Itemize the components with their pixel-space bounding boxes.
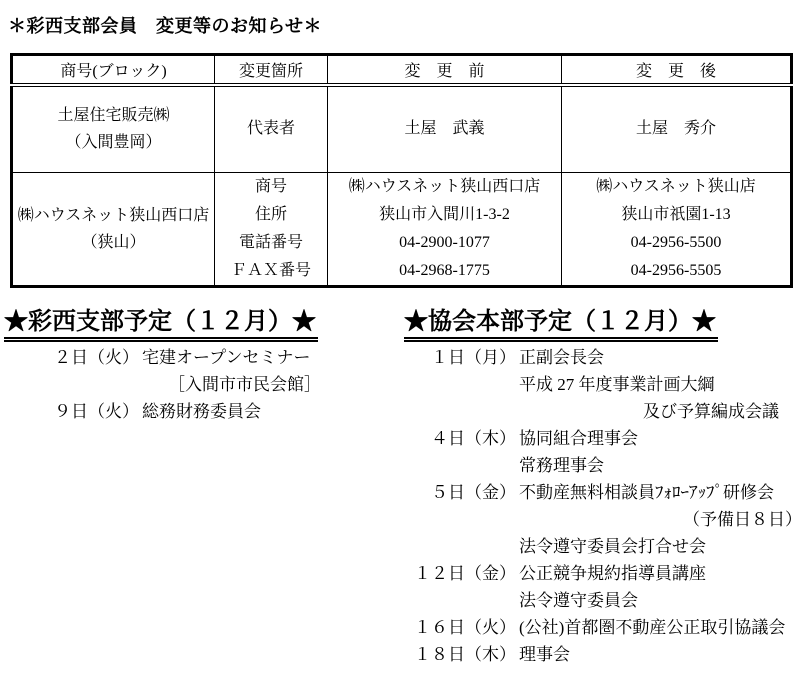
company-block: （狭山） [13, 229, 214, 256]
hq-schedule-title: ★協会本部予定（１２月）★ [404, 301, 718, 342]
schedule-line-continuation: 常務理事会 [405, 452, 800, 479]
schedule-day: １日 [405, 344, 465, 371]
schedule-event: 理事会 [519, 645, 570, 664]
table-row: 土屋住宅販売㈱ （入間豊岡） 代表者 土屋 武義 土屋 秀介 [12, 85, 792, 173]
before-value: 04-2900-1077 [328, 229, 561, 257]
schedule-line: １６日（火）(公社)首都圏不動産公正取引協議会 [405, 614, 800, 641]
schedule-weekday: （金） [465, 479, 519, 506]
schedule-weekday: （火） [88, 344, 142, 371]
after-value: 04-2956-5500 [562, 229, 790, 257]
after-value: 狭山市祇園1-13 [562, 201, 790, 229]
schedule-day: １２日 [405, 560, 465, 587]
schedule-line: ４日（木）協同組合理事会 [405, 425, 800, 452]
changed-item: ＦＡＸ番号 [215, 257, 327, 285]
before-value: 土屋 武義 [328, 119, 561, 139]
changed-item-cell: 商号 住所 電話番号 ＦＡＸ番号 [215, 173, 328, 287]
hq-schedule-list: １日（月）正副会長会 平成 27 年度事業計画大綱 及び予算編成会議 ４日（木）… [405, 344, 800, 668]
schedule-line: １２日（金）公正競争規約指導員講座 [405, 560, 800, 587]
after-value: ㈱ハウスネット狭山店 [562, 173, 790, 201]
column-header-after: 変 更 後 [562, 55, 792, 85]
schedule-event: (公社)首都圏不動産公正取引協議会 [519, 618, 785, 637]
schedule-event: 公正競争規約指導員講座 [519, 564, 706, 583]
table-row: ㈱ハウスネット狭山西口店 （狭山） 商号 住所 電話番号 ＦＡＸ番号 ㈱ハウスネ… [12, 173, 792, 287]
schedule-event: 不動産無料相談員ﾌｫﾛｰｱｯﾌﾟ研修会 [519, 483, 774, 502]
schedule-event: 総務財務委員会 [142, 402, 261, 421]
changed-item: 代表者 [215, 119, 327, 139]
before-cell: ㈱ハウスネット狭山西口店 狭山市入間川1-3-2 04-2900-1077 04… [328, 173, 562, 287]
changed-item: 電話番号 [215, 229, 327, 257]
schedule-weekday: （月） [465, 344, 519, 371]
changed-item: 住所 [215, 201, 327, 229]
column-header-before: 変 更 前 [328, 55, 562, 85]
schedule-weekday: （火） [465, 614, 519, 641]
schedule-weekday: （火） [88, 398, 142, 425]
company-name-cell: 土屋住宅販売㈱ （入間豊岡） [12, 85, 215, 173]
after-cell: 土屋 秀介 [562, 85, 792, 173]
schedule-line-continuation: 法令遵守委員会打合せ会 [405, 533, 800, 560]
after-value: 04-2956-5505 [562, 257, 790, 285]
company-block: （入間豊岡） [13, 129, 214, 156]
branch-schedule-title: ★彩西支部予定（１２月）★ [4, 301, 318, 342]
schedule-day: ４日 [405, 425, 465, 452]
schedule-line-continuation: （予備日８日） [405, 506, 800, 533]
schedule-line: １８日（木）理事会 [405, 641, 800, 668]
schedule-weekday: （金） [465, 560, 519, 587]
change-notice-table: 商号(ブロック) 変更箇所 変 更 前 変 更 後 土屋住宅販売㈱ （入間豊岡）… [10, 53, 793, 288]
schedule-line: １日（月）正副会長会 [405, 344, 800, 371]
table-header-row: 商号(ブロック) 変更箇所 変 更 前 変 更 後 [12, 55, 792, 85]
schedule-day: １６日 [405, 614, 465, 641]
page-title: ＊彩西支部会員 変更等のお知らせ＊ [8, 12, 322, 38]
before-cell: 土屋 武義 [328, 85, 562, 173]
column-header-changed-item: 変更箇所 [215, 55, 328, 85]
after-value: 土屋 秀介 [562, 119, 790, 139]
before-value: 04-2968-1775 [328, 257, 561, 285]
column-header-company: 商号(ブロック) [12, 55, 215, 85]
schedule-line-continuation: 法令遵守委員会 [405, 587, 800, 614]
schedule-event: 宅建オープンセミナー [142, 348, 310, 367]
company-name: ㈱ハウスネット狭山西口店 [13, 202, 214, 229]
schedule-weekday: （木） [465, 641, 519, 668]
changed-item-cell: 代表者 [215, 85, 328, 173]
schedule-line: ９日（火）総務財務委員会 [40, 398, 400, 425]
schedule-line-continuation: ［入間市市民会館］ [40, 371, 400, 398]
schedule-line-continuation: 平成 27 年度事業計画大綱 [405, 371, 800, 398]
branch-schedule-list: ２日（火）宅建オープンセミナー ［入間市市民会館］ ９日（火）総務財務委員会 [40, 344, 400, 425]
before-value: 狭山市入間川1-3-2 [328, 201, 561, 229]
schedule-day: ９日 [40, 398, 88, 425]
after-cell: ㈱ハウスネット狭山店 狭山市祇園1-13 04-2956-5500 04-295… [562, 173, 792, 287]
company-name: 土屋住宅販売㈱ [13, 102, 214, 129]
before-value: ㈱ハウスネット狭山西口店 [328, 173, 561, 201]
company-name-cell: ㈱ハウスネット狭山西口店 （狭山） [12, 173, 215, 287]
schedule-day: １８日 [405, 641, 465, 668]
schedule-line: ５日（金）不動産無料相談員ﾌｫﾛｰｱｯﾌﾟ研修会 [405, 479, 800, 506]
schedule-event: 協同組合理事会 [519, 429, 638, 448]
schedule-day: ５日 [405, 479, 465, 506]
schedule-weekday: （木） [465, 425, 519, 452]
schedule-event: 正副会長会 [519, 348, 604, 367]
schedule-day: ２日 [40, 344, 88, 371]
changed-item: 商号 [215, 173, 327, 201]
schedule-line: ２日（火）宅建オープンセミナー [40, 344, 400, 371]
schedule-line-continuation: 及び予算編成会議 [405, 398, 800, 425]
